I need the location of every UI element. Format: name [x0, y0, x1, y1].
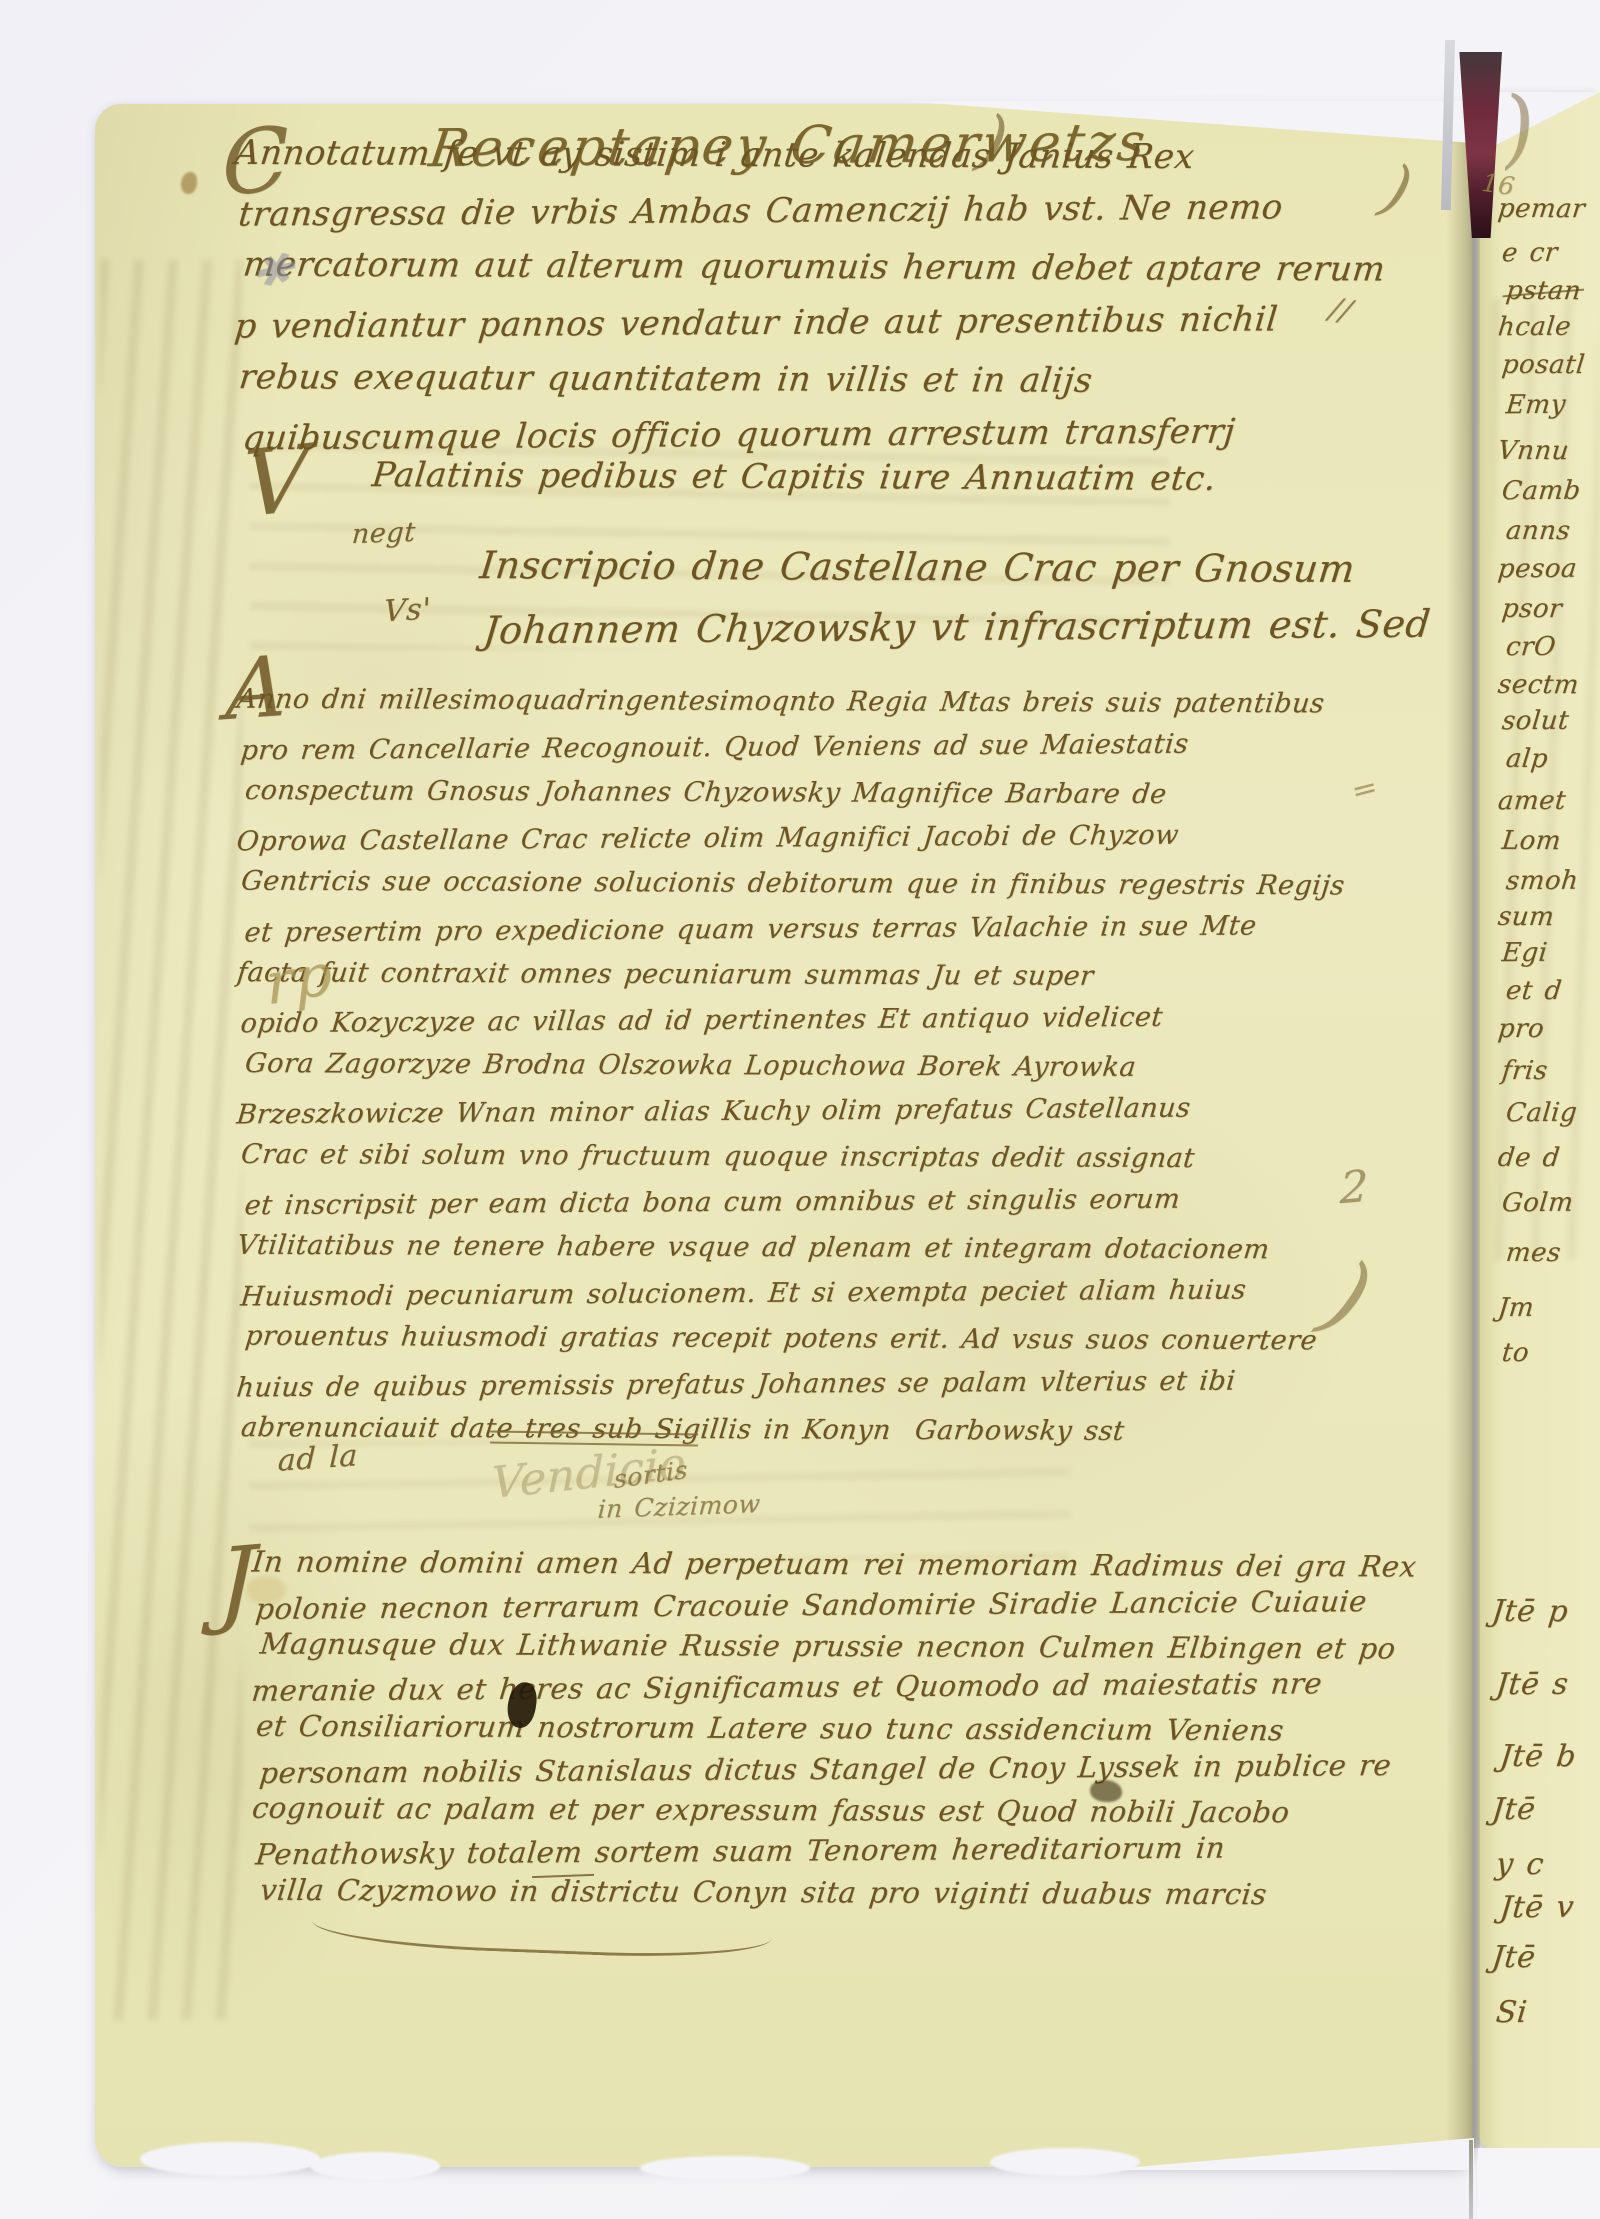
text-line: prouentus huiusmodi gratias recepit pote…	[244, 1323, 1319, 1355]
facing-text-fragment: solut	[1501, 708, 1571, 734]
text-line: Anno dni millesimoquadringentesimoqnto R…	[236, 686, 1326, 718]
marginal-mark: )	[1498, 81, 1540, 170]
facing-item-entry: y c	[1494, 1850, 1545, 1880]
stain	[246, 1576, 286, 1604]
text-line: et presertim pro expedicione quam versus…	[243, 912, 1258, 946]
text-line: Huiusmodi pecuniarum solucionem. Et si e…	[239, 1276, 1247, 1310]
text-line: mercatorum aut alterum quorumuis herum d…	[241, 248, 1387, 287]
facing-item-entry: Jtē	[1490, 1943, 1537, 1973]
marginal-mark: 2	[1340, 1165, 1369, 1211]
text-line: Penathowsky totalem sortem suam Tenorem …	[254, 1834, 1226, 1870]
facing-item-entry: Jtē p	[1490, 1597, 1569, 1627]
facing-text-fragment: pesoa	[1497, 556, 1579, 583]
text-line: Crac et sibi solum vno fructuum quoque i…	[240, 1141, 1196, 1172]
text-line: huius de quibus premissis prefatus Johan…	[235, 1367, 1237, 1401]
text-line: et inscripsit per eam dicta bona cum omn…	[243, 1185, 1181, 1219]
text-line: Vtilitatibus ne tenere habere vsque ad p…	[236, 1232, 1271, 1264]
facing-text-fragment: fris	[1501, 1058, 1550, 1084]
facing-text-fragment: to	[1501, 1340, 1531, 1366]
facing-text-fragment: hcale	[1497, 314, 1573, 341]
marginal-mark: )	[1312, 1249, 1384, 1346]
marginal-mark: )	[1375, 156, 1420, 222]
facing-text-fragment: Golm	[1501, 1190, 1575, 1216]
text-line: Magnusque dux Lithwanie Russie prussie n…	[259, 1630, 1398, 1664]
initial-capital: A	[224, 644, 288, 732]
facing-text-fragment: et d	[1505, 978, 1564, 1004]
facing-text-fragment: crO	[1505, 634, 1557, 660]
text-line: Annotatum fe vt ay sistim i ante kalenda…	[233, 136, 1196, 174]
marginal-mark: Vs'	[383, 595, 432, 627]
marginal-mark: rp	[264, 945, 334, 1014]
facing-item-entry: Si	[1495, 1998, 1529, 2028]
facing-text-fragment: Emy	[1505, 392, 1567, 418]
text-line: pro rem Cancellarie Recognouit. Quod Ven…	[239, 730, 1190, 764]
text-line: facta fuit contraxit omnes pecuniarum su…	[236, 959, 1095, 990]
text-line: Oprowa Castellane Crac relicte olim Magn…	[235, 821, 1180, 855]
text-line: rebus exequatur quantitatem in villis et…	[237, 360, 1094, 398]
facing-text-fragment: psor	[1501, 596, 1564, 622]
text-line: Palatinis pedibus et Capitis iure Annuat…	[370, 458, 1218, 496]
marginal-mark: negt	[351, 519, 417, 548]
text-line: et Consiliariorum nostrorum Latere suo t…	[255, 1712, 1286, 1745]
marginal-mark: ad la	[277, 1441, 358, 1476]
facing-text-fragment: e cr	[1501, 240, 1559, 266]
text-layer: Receptapey Camerwetzs 16 Annotatum fe vt…	[0, 0, 1600, 2219]
facing-text-fragment: alp	[1505, 746, 1550, 772]
facing-text-fragment: Lom	[1501, 828, 1563, 854]
text-line: Brzeszkowicze Wnan minor alias Kuchy oli…	[235, 1094, 1192, 1128]
facing-item-entry: Jtē s	[1495, 1670, 1570, 1701]
text-line: personam nobilis Stanislaus dictus Stang…	[258, 1751, 1392, 1788]
facing-text-fragment: de d	[1497, 1145, 1562, 1171]
marginal-mark: //	[1326, 294, 1355, 327]
facing-text-fragment: Jm	[1497, 1295, 1536, 1321]
facing-text-fragment: pemar	[1497, 196, 1587, 222]
text-line: meranie dux et heres ac Significamus et …	[250, 1669, 1323, 1705]
facing-text-fragment: Camb	[1501, 478, 1582, 505]
heading-line: Inscripcio dne Castellane Crac per Gnosu…	[478, 546, 1357, 588]
facing-text-fragment: Vnnu	[1497, 438, 1571, 464]
text-line: opido Kozyczyze ac villas ad id pertinen…	[239, 1003, 1164, 1036]
facing-item-entry: Jtē b	[1498, 1742, 1577, 1772]
text-line: conspectum Gnosus Johannes Chyzowsky Mag…	[244, 777, 1168, 808]
initial-capital: C	[220, 114, 291, 211]
facing-text-fragment: amet	[1497, 788, 1568, 814]
text-line: Gora Zagorzyze Brodna Olszowka Lopuchowa…	[244, 1050, 1138, 1081]
facing-text-fragment: sum	[1497, 904, 1556, 930]
marginal-mark: in Czizimow	[597, 1491, 761, 1522]
marginal-mark: V	[243, 433, 310, 531]
facing-text-fragment: mes	[1505, 1240, 1563, 1266]
facing-item-entry: Jtē	[1491, 1795, 1537, 1825]
text-line: transgressa die vrbis Ambas Camenczij ha…	[237, 190, 1285, 231]
heading-line: Johannem Chyzowsky vt infrascriptum est.…	[482, 605, 1433, 650]
facing-text-fragment: pstan	[1505, 278, 1583, 304]
facing-text-fragment: posatl	[1501, 352, 1587, 378]
facing-text-fragment: pro	[1497, 1016, 1546, 1042]
text-line: Gentricis sue occasione solucionis debit…	[240, 868, 1346, 900]
facing-text-fragment: Egi	[1501, 940, 1549, 966]
text-line: quibuscumque locis officio quorum arrest…	[241, 415, 1237, 456]
facing-item-entry: Jtē v	[1499, 1893, 1576, 1924]
text-line: In nomine domini amen Ad perpetuam rei m…	[251, 1547, 1418, 1581]
facing-text-fragment: anns	[1505, 518, 1572, 544]
text-line: polonie necnon terrarum Cracouie Sandomi…	[254, 1587, 1368, 1624]
ink-smudge	[1090, 1780, 1122, 1802]
text-line: p vendiantur pannos vendatur inde aut pr…	[233, 302, 1279, 343]
scan-background: Receptapey Camerwetzs 16 Annotatum fe vt…	[0, 0, 1600, 2219]
text-line: cognouit ac palam et per expressum fassu…	[251, 1794, 1291, 1828]
facing-text-fragment: smoh	[1505, 868, 1580, 895]
facing-text-fragment: Calig	[1505, 1100, 1579, 1126]
marginal-mark: =	[1350, 772, 1380, 808]
facing-text-fragment: sectm	[1497, 672, 1581, 698]
